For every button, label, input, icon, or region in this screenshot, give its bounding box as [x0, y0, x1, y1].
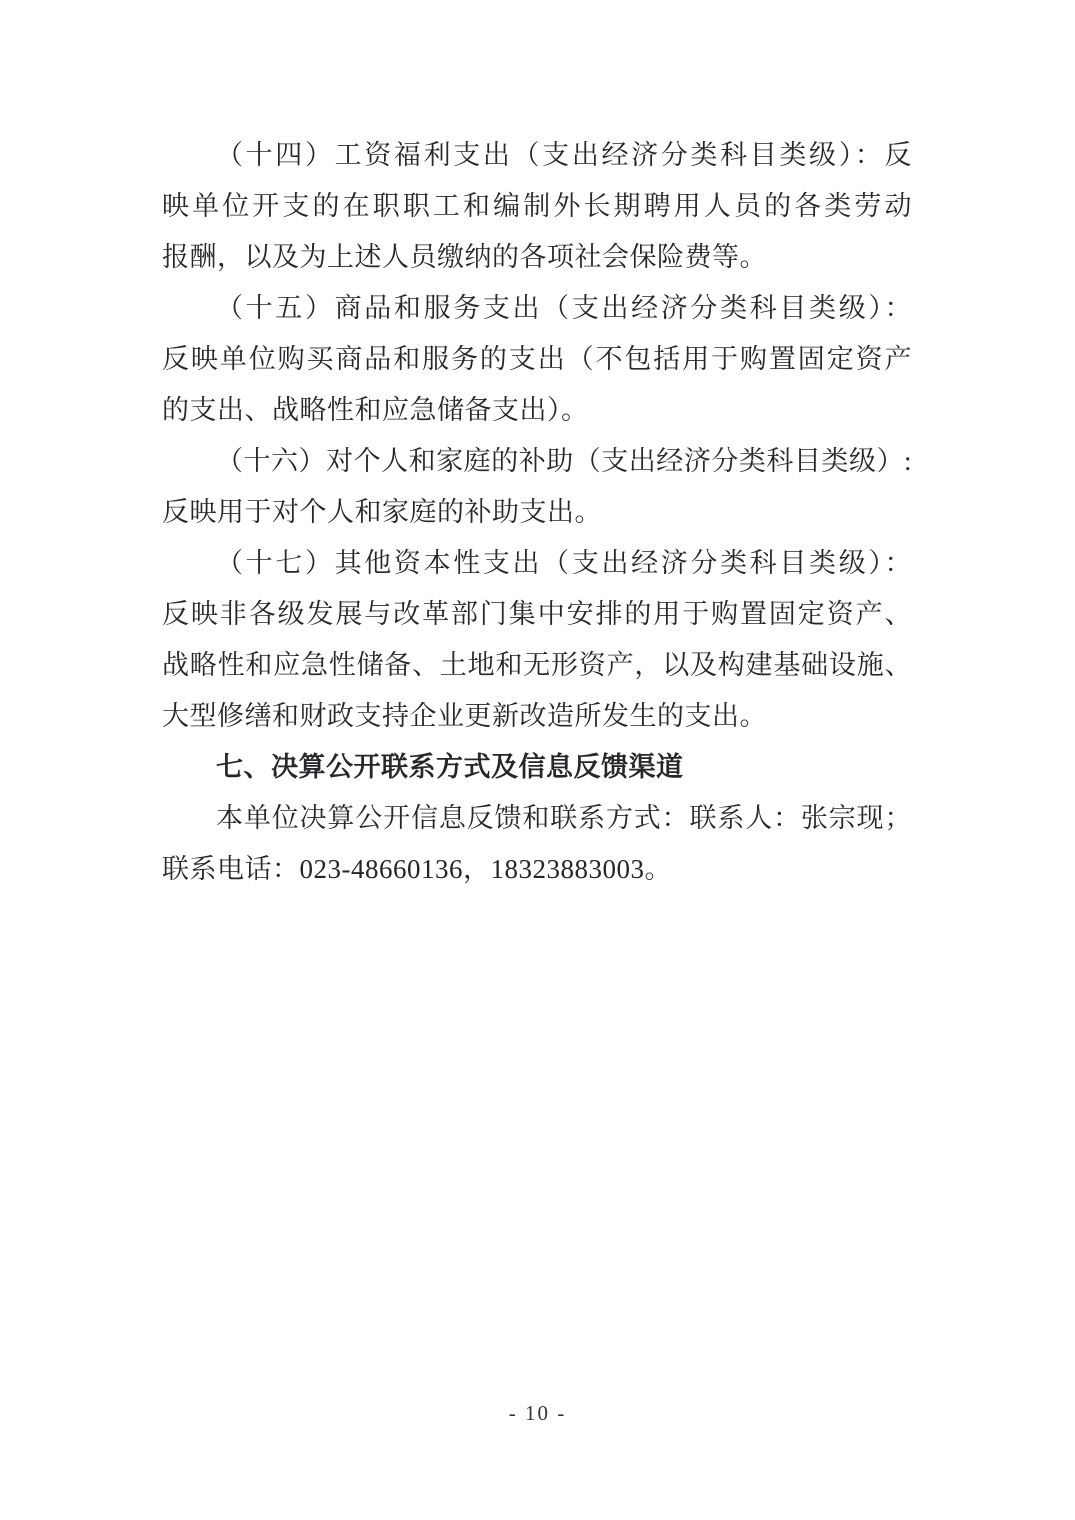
- section-heading: 七、决算公开联系方式及信息反馈渠道: [162, 742, 912, 793]
- text-line: 反映用于对个人和家庭的补助支出。: [162, 487, 912, 538]
- text-line: 报酬，以及为上述人员缴纳的各项社会保险费等。: [162, 232, 912, 283]
- text-line: （十四）工资福利支出（支出经济分类科目类级）：反: [162, 130, 912, 181]
- page-number: - 10 -: [509, 1401, 567, 1425]
- text-line: 反映单位购买商品和服务的支出（不包括用于购置固定资产: [162, 334, 912, 385]
- text-line: 联系电话：023-48660136，18323883003。: [162, 844, 912, 895]
- text-block: （十四）工资福利支出（支出经济分类科目类级）：反映单位开支的在职职工和编制外长期…: [162, 130, 912, 895]
- text-line: 本单位决算公开信息反馈和联系方式：联系人：张宗现；: [162, 793, 912, 844]
- text-line: 反映非各级发展与改革部门集中安排的用于购置固定资产、: [162, 589, 912, 640]
- page-footer: - 10 -: [0, 1398, 1075, 1428]
- text-line: （十五）商品和服务支出（支出经济分类科目类级）：: [162, 283, 912, 334]
- text-line: 映单位开支的在职职工和编制外长期聘用人员的各类劳动: [162, 181, 912, 232]
- text-line: （十七）其他资本性支出（支出经济分类科目类级）：: [162, 538, 912, 589]
- text-line: 大型修缮和财政支持企业更新改造所发生的支出。: [162, 691, 912, 742]
- text-line: （十六）对个人和家庭的补助（支出经济分类科目类级）:: [162, 436, 912, 487]
- document-page: （十四）工资福利支出（支出经济分类科目类级）：反映单位开支的在职职工和编制外长期…: [0, 0, 1075, 1520]
- text-line: 战略性和应急性储备、土地和无形资产，以及构建基础设施、: [162, 640, 912, 691]
- text-line: 的支出、战略性和应急储备支出）。: [162, 385, 912, 436]
